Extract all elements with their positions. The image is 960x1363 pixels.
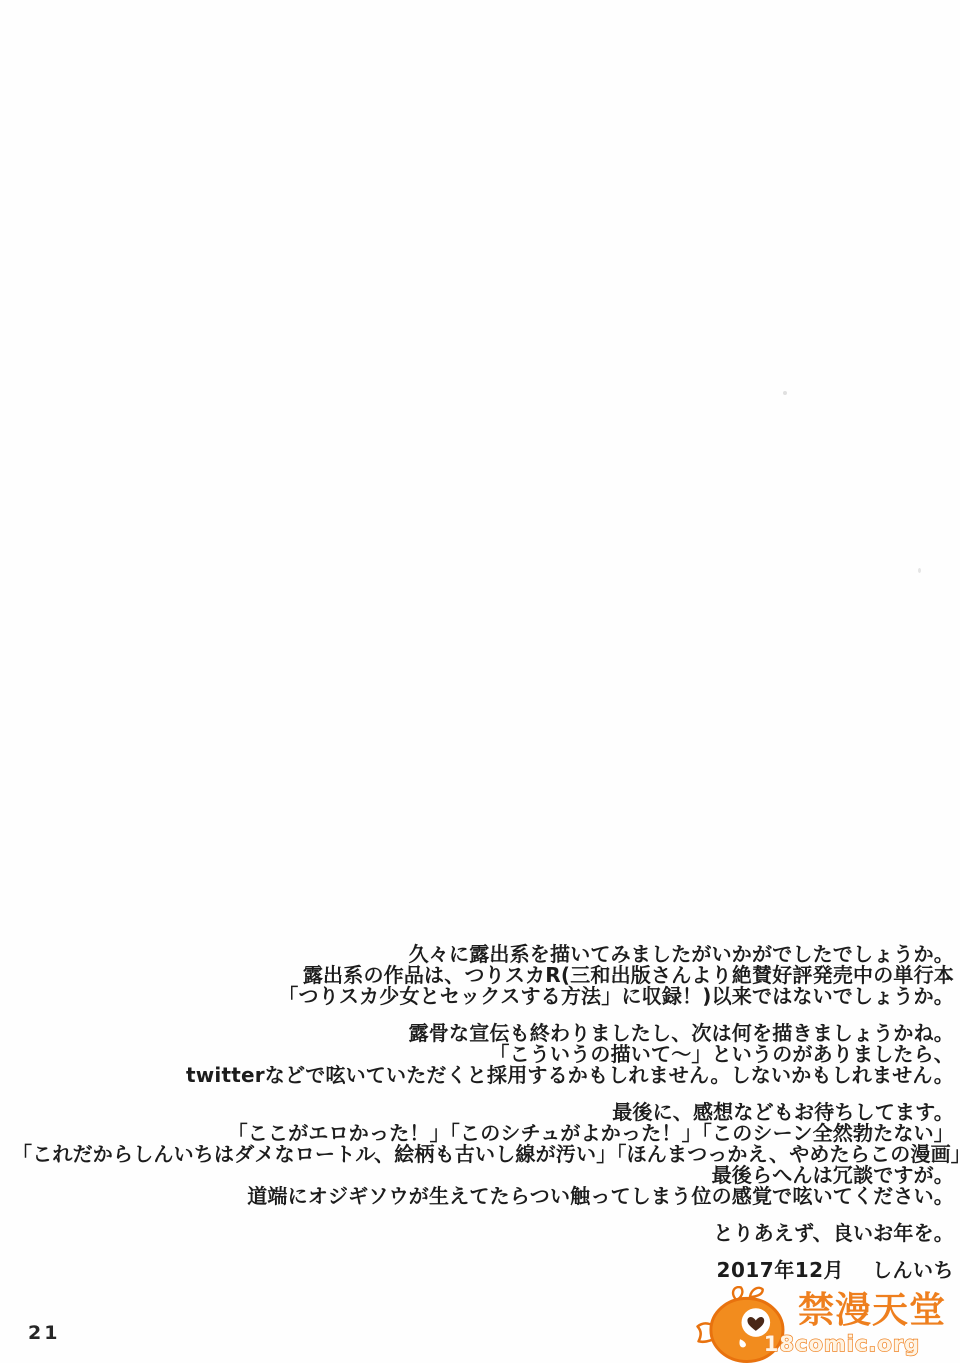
- afterword-signoff: とりあえず、良いお年を。: [12, 1223, 954, 1244]
- afterword-paragraph-2: 露骨な宣伝も終わりましたし、次は何を描きましょうかね。 「こういうの描いて〜」と…: [12, 1023, 954, 1086]
- watermark-site-url: 18comic.org: [762, 1329, 922, 1359]
- page-number: 21: [28, 1322, 60, 1344]
- afterword-text: 久々に露出系を描いてみましたがいかがでしたでしょうか。 露出系の作品は、つりスカ…: [12, 944, 954, 1281]
- afterword-line: 最後らへんは冗談ですが。: [12, 1165, 954, 1186]
- afterword-line: 「つりスカ少女とセックスする方法」に収録！)以来ではないでしょうか。: [12, 986, 954, 1007]
- scan-speck: [918, 568, 921, 573]
- afterword-line: 「こういうの描いて〜」というのがありましたら、: [12, 1044, 954, 1065]
- watermark-logo: 禁漫天堂 18comic.org: [694, 1283, 956, 1363]
- afterword-line: 露骨な宣伝も終わりましたし、次は何を描きましょうかね。: [12, 1023, 954, 1044]
- afterword-line: 道端にオジギソウが生えてたらつい触ってしまう位の感覚で呟いてください。: [12, 1186, 954, 1207]
- scanned-page: 久々に露出系を描いてみましたがいかがでしたでしょうか。 露出系の作品は、つりスカ…: [0, 0, 960, 1363]
- afterword-line: 露出系の作品は、つりスカR(三和出版さんより絶賛好評発売中の単行本: [12, 965, 954, 986]
- afterword-line: 「これだからしんいちはダメなロートル、絵柄も古いし線が汚い」「ほんまつっかえ、や…: [12, 1144, 954, 1165]
- watermark-site-url-text: 18comic.org: [764, 1332, 920, 1356]
- afterword-line: 久々に露出系を描いてみましたがいかがでしたでしょうか。: [12, 944, 954, 965]
- afterword-line: 「ここがエロかった！」「このシチュがよかった！」「このシーン全然勃たない」: [12, 1123, 954, 1144]
- afterword-line: 最後に、感想などもお待ちしてます。: [12, 1102, 954, 1123]
- watermark-site-name: 禁漫天堂: [798, 1293, 946, 1329]
- afterword-paragraph-1: 久々に露出系を描いてみましたがいかがでしたでしょうか。 露出系の作品は、つりスカ…: [12, 944, 954, 1007]
- afterword-line: twitterなどで呟いていただくと採用するかもしれません。しないかもしれません…: [12, 1065, 954, 1086]
- afterword-date-signature: 2017年12月 しんいち: [12, 1260, 954, 1281]
- afterword-paragraph-3: 最後に、感想などもお待ちしてます。 「ここがエロかった！」「このシチュがよかった…: [12, 1102, 954, 1207]
- afterword-line: とりあえず、良いお年を。: [12, 1223, 954, 1244]
- afterword-line: 2017年12月 しんいち: [12, 1260, 954, 1281]
- scan-speck: [783, 391, 787, 395]
